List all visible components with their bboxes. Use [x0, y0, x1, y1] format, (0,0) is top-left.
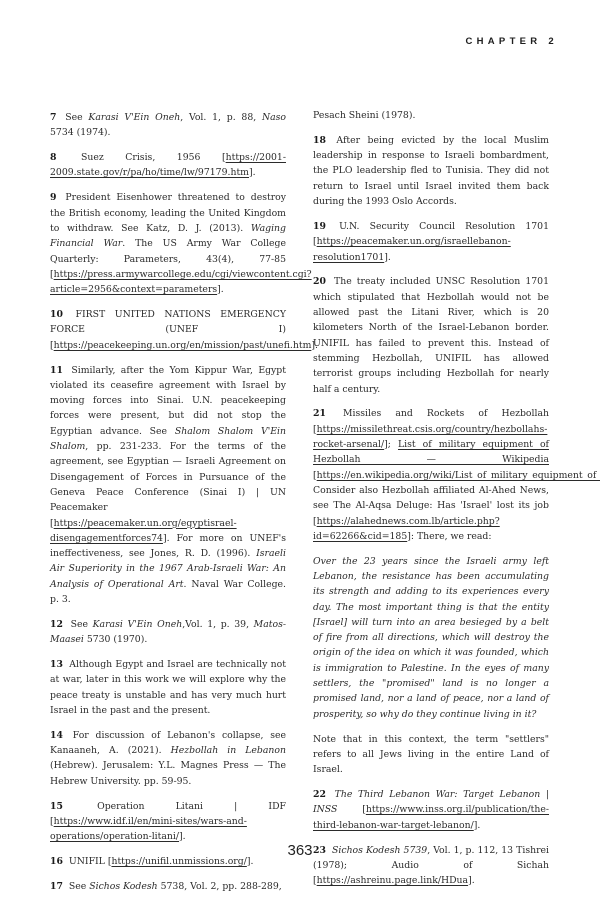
endnote-9: 9 President Eisenhower threatened to des… [50, 190, 286, 297]
chapter-header: CHAPTER 2 [465, 36, 558, 47]
endnote-18: 18 After being evicted by the local Musl… [313, 133, 549, 209]
endnote-number: 12 [50, 619, 63, 630]
left-column: 7 See Karasi V'Ein Oneh, Vol. 1, p. 88, … [50, 110, 286, 900]
endnote-13: 13 Although Egypt and Israel are technic… [50, 657, 286, 718]
endnote-17: 17 See Sichos Kodesh 5738, Vol. 2, pp. 2… [50, 879, 286, 894]
reference-link[interactable]: https://press.armywarcollege.edu/cgi/vie… [50, 269, 312, 295]
italic-title: Shalom Shalom V'Ein Shalom [50, 426, 286, 452]
endnote-8: 8 Suez Crisis, 1956 [https://2001-2009.s… [50, 150, 286, 181]
endnote-19: 19 U.N. Security Council Resolution 1701… [313, 219, 549, 265]
note-after-quote: Note that in this context, the term "set… [313, 732, 549, 778]
endnote-number: 10 [50, 309, 63, 320]
endnote-number: 19 [313, 221, 326, 232]
block-quote: Over the 23 years since the Israeli army… [313, 554, 549, 722]
endnotes-list-right-after: 22 The Third Lebanon War: Target Lebanon… [313, 787, 549, 888]
italic-title: Sichos Kodesh [89, 881, 157, 892]
endnote-number: 14 [50, 730, 63, 741]
page-number: 363 [0, 842, 600, 859]
endnote-12: 12 See Karasi V'Ein Oneh,Vol. 1, p. 39, … [50, 617, 286, 648]
endnote-number: 9 [50, 192, 56, 203]
endnote-10: 10 FIRST UNITED NATIONS EMERGENCY FORCE … [50, 307, 286, 353]
endnote-number: 21 [313, 408, 326, 419]
endnote-number: 18 [313, 135, 326, 146]
endnotes-list-right: 18 After being evicted by the local Musl… [313, 133, 549, 544]
endnote-21: 21 Missiles and Rockets of Hezbollah [ht… [313, 406, 549, 544]
reference-link[interactable]: https://en.wikipedia.org/wiki/List_of_mi… [317, 470, 600, 481]
italic-title: Naso [262, 112, 286, 123]
endnote-number: 13 [50, 659, 63, 670]
italic-title: Israeli Air Superiority in the 1967 Arab… [50, 548, 286, 590]
reference-link[interactable]: https://2001-2009.state.gov/r/pa/ho/time… [50, 152, 286, 178]
endnote-7: 7 See Karasi V'Ein Oneh, Vol. 1, p. 88, … [50, 110, 286, 141]
endnote-number: 15 [50, 801, 63, 812]
endnote-number: 17 [50, 881, 63, 892]
endnote-number: 11 [50, 365, 63, 376]
reference-link[interactable]: https://www.idf.il/en/mini-sites/wars-an… [50, 816, 247, 842]
endnote-14: 14 For discussion of Lebanon's collapse,… [50, 728, 286, 789]
italic-title: Karasi V'Ein Oneh [88, 112, 180, 123]
reference-link[interactable]: https://ashreinu.page.link/HDua [317, 875, 468, 886]
endnote-number: 22 [313, 789, 326, 800]
endnote-20: 20 The treaty included UNSC Resolution 1… [313, 274, 549, 396]
endnote-15: 15 Operation Litani | IDF [https://www.i… [50, 799, 286, 845]
endnotes-list-left: 7 See Karasi V'Ein Oneh, Vol. 1, p. 88, … [50, 110, 286, 894]
italic-title: Karasi V'Ein Oneh [93, 619, 183, 630]
endnote-number: 8 [50, 152, 56, 163]
italic-title: Hezbollah in Lebanon [171, 745, 286, 756]
italic-title: Waging Financial War [50, 223, 286, 249]
reference-link[interactable]: https://peacekeeping.un.org/en/mission/p… [54, 340, 312, 351]
right-column: Pesach Sheini (1978). 18 After being evi… [313, 108, 549, 898]
endnote-11: 11 Similarly, after the Yom Kippur War, … [50, 363, 286, 608]
reference-link[interactable]: https://peacemaker.un.org/egyptisrael-di… [50, 518, 237, 544]
continued-note-text: Pesach Sheini (1978). [313, 108, 549, 123]
endnote-number: 20 [313, 276, 326, 287]
reference-link[interactable]: https://peacemaker.un.org/israellebanon-… [313, 236, 511, 262]
reference-link[interactable]: https://alahednews.com.lb/article.php?id… [313, 516, 500, 542]
endnote-number: 7 [50, 112, 56, 123]
reference-link[interactable]: https://www.inss.org.il/publication/the-… [313, 804, 549, 830]
endnote-22: 22 The Third Lebanon War: Target Lebanon… [313, 787, 549, 833]
